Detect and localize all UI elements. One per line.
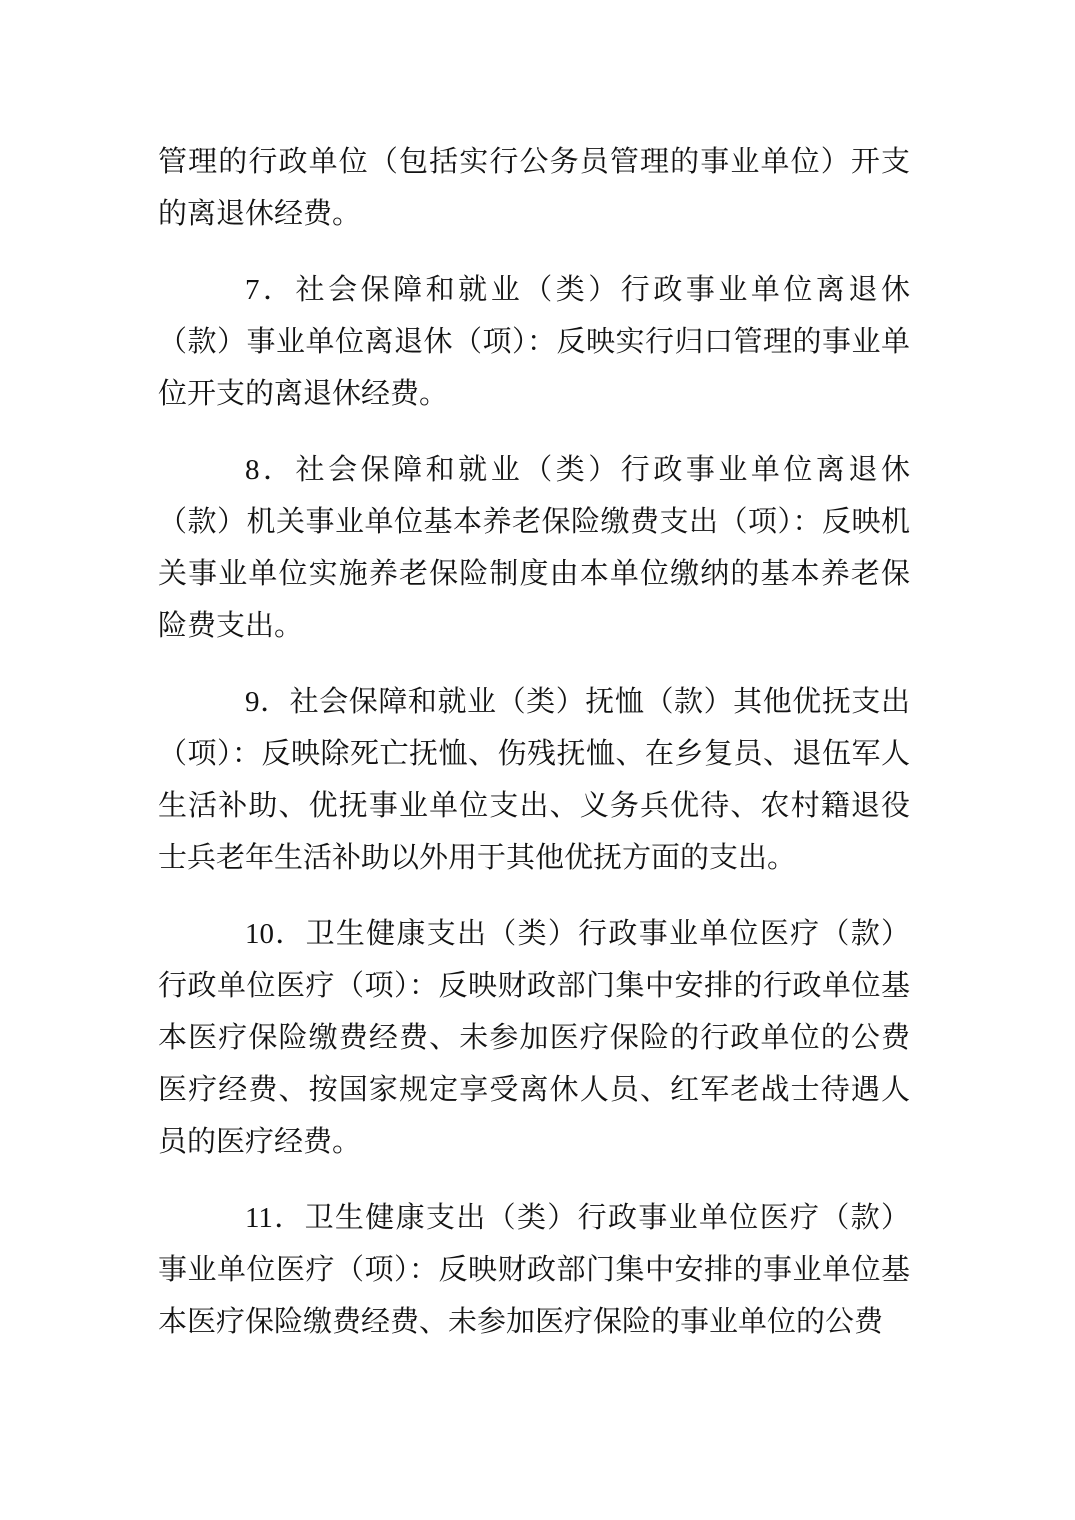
- paragraph-item-7: 7．社会保障和就业（类）行政事业单位离退休（款）事业单位离退休（项）：反映实行归…: [158, 264, 910, 420]
- paragraph-continuation: 管理的行政单位（包括实行公务员管理的事业单位）开支的离退休经费。: [158, 136, 910, 240]
- paragraph-item-8: 8．社会保障和就业（类）行政事业单位离退休（款）机关事业单位基本养老保险缴费支出…: [158, 444, 910, 652]
- document-page: 管理的行政单位（包括实行公务员管理的事业单位）开支的离退休经费。 7．社会保障和…: [0, 0, 1075, 1520]
- paragraph-item-10: 10．卫生健康支出（类）行政事业单位医疗（款）行政单位医疗（项）：反映财政部门集…: [158, 908, 910, 1168]
- paragraph-item-11: 11．卫生健康支出（类）行政事业单位医疗（款）事业单位医疗（项）：反映财政部门集…: [158, 1192, 910, 1348]
- paragraph-item-9: 9．社会保障和就业（类）抚恤（款）其他优抚支出（项）：反映除死亡抚恤、伤残抚恤、…: [158, 676, 910, 884]
